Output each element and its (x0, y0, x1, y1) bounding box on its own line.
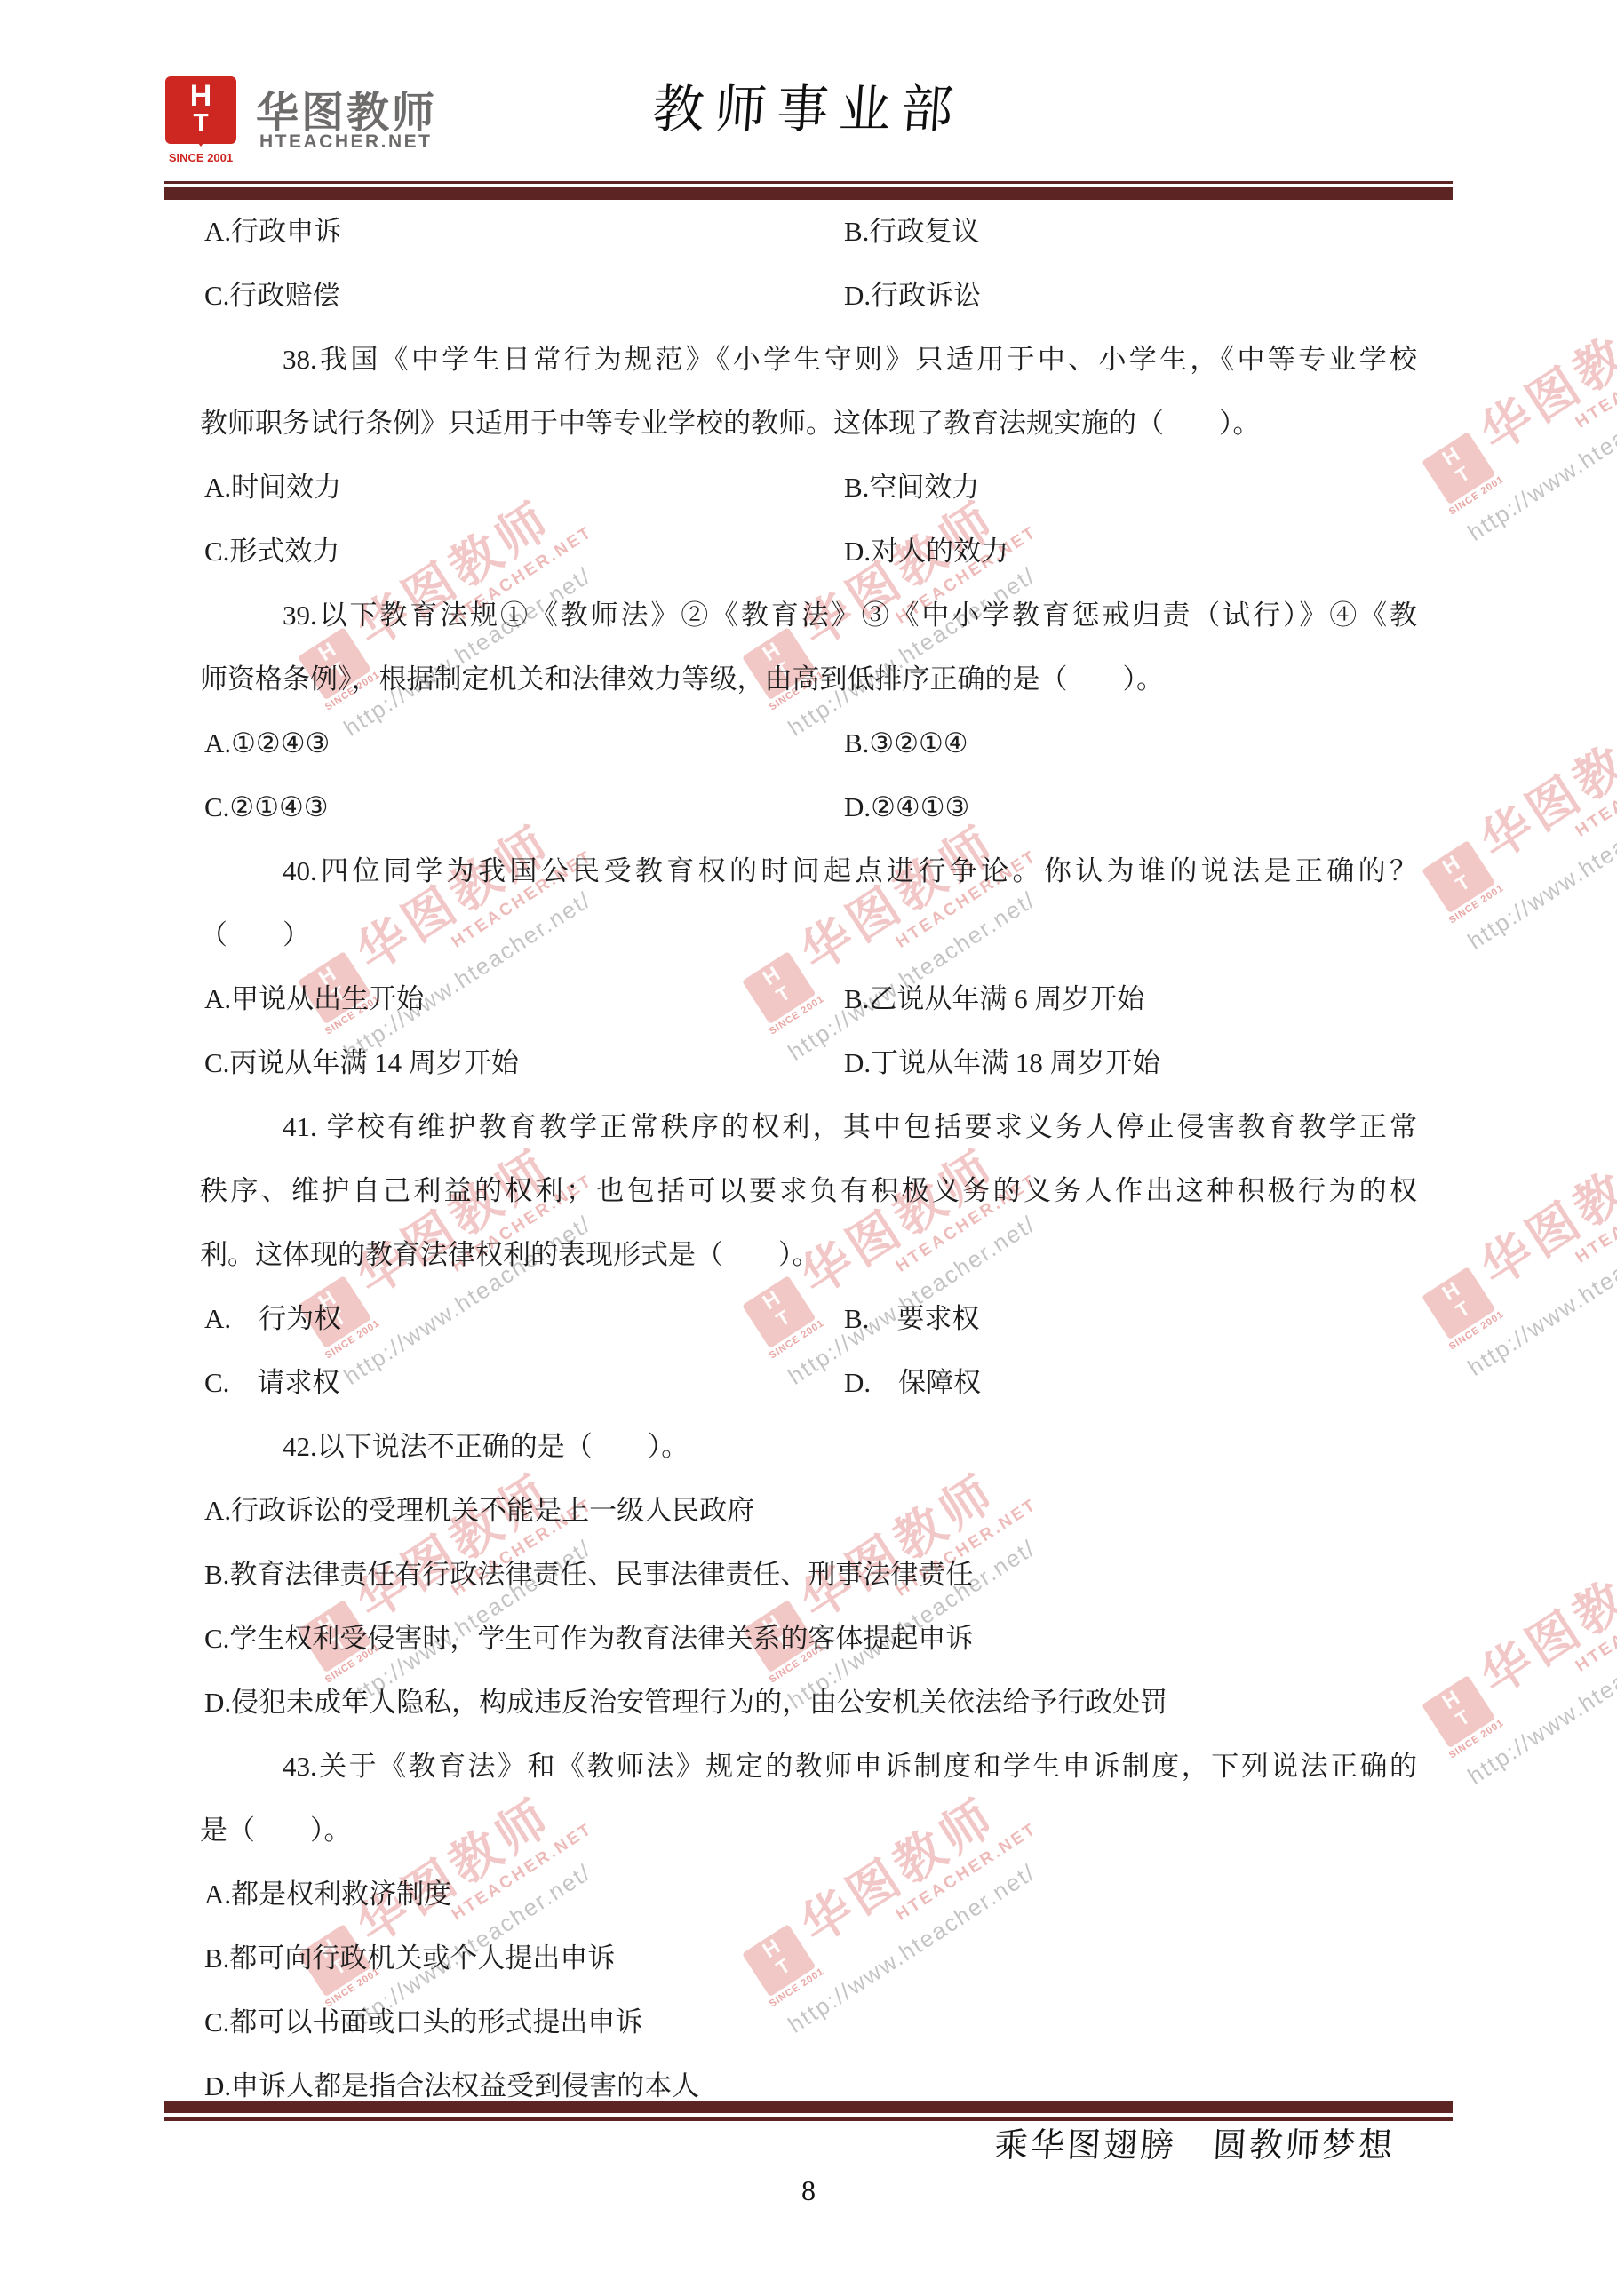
question-41-stem-line: 利。这体现的教育法律权利的表现形式是（ ）。 (200, 1223, 1417, 1287)
option-a: A.行政申诉 (204, 200, 341, 264)
options-row: C. 请求权 D. 保障权 (200, 1351, 1417, 1415)
option-a: A.①②④③ (204, 711, 330, 775)
option-c: C.形式效力 (204, 520, 339, 584)
options-row: C.形式效力 D.对人的效力 (200, 520, 1417, 584)
option-c: C.丙说从年满 14 周岁开始 (204, 1031, 519, 1095)
question-40-stem-line: 40.四位同学为我国公民受教育权的时间起点进行争论。你认为谁的说法是正确的？ (200, 839, 1417, 903)
option-b: B.空间效力 (844, 456, 979, 520)
option-b: B.行政复议 (844, 200, 979, 264)
question-40-stem-line: （ ） (200, 903, 1417, 967)
option-d: D.行政诉讼 (844, 264, 981, 328)
options-row: A.时间效力 B.空间效力 (200, 456, 1417, 520)
option-a: A.都是权利救济制度 (200, 1863, 1417, 1927)
header-rule-thin (164, 181, 1453, 184)
option-b: B.教育法律责任有行政法律责任、民事法律责任、刑事法律责任 (200, 1543, 1417, 1607)
option-b: B. 要求权 (844, 1287, 979, 1351)
option-d: D. 保障权 (844, 1351, 981, 1415)
question-42-stem-line: 42.以下说法不正确的是（ ）。 (200, 1415, 1417, 1479)
header-rule-thick (164, 187, 1453, 200)
options-row: C.丙说从年满 14 周岁开始 D.丁说从年满 18 周岁开始 (200, 1031, 1417, 1095)
option-a: A.时间效力 (204, 456, 341, 520)
question-41-stem-line: 41. 学校有维护教育教学正常秩序的权利，其中包括要求义务人停止侵害教育教学正常 (200, 1095, 1417, 1159)
question-39-stem-line: 师资格条例》，根据制定机关和法律效力等级，由高到低排序正确的是（ ）。 (200, 647, 1417, 711)
question-41-stem-line: 秩序、维护自己利益的权利；也包括可以要求负有积极义务的义务人作出这种积极行为的权 (200, 1159, 1417, 1223)
options-row: A.甲说从出生开始 B.乙说从年满 6 周岁开始 (200, 967, 1417, 1031)
option-d: D.②④①③ (844, 775, 969, 839)
option-c: C.②①④③ (204, 775, 329, 839)
logo-since: SINCE 2001 (162, 151, 240, 164)
options-row: C.②①④③ D.②④①③ (200, 775, 1417, 839)
document-page: H T SINCE 2001 华图教师 HTEACHER.NET http://… (0, 0, 1617, 2296)
questions-area: A.行政申诉 B.行政复议 C.行政赔偿 D.行政诉讼 38.我国《中学生日常行… (200, 200, 1417, 2118)
page-title: 教师事业部 (162, 68, 1455, 142)
option-b: B.乙说从年满 6 周岁开始 (844, 967, 1144, 1031)
question-38-stem-line: 38.我国《中学生日常行为规范》《小学生守则》只适用于中、小学生，《中等专业学校 (200, 328, 1417, 392)
options-row: A. 行为权 B. 要求权 (200, 1287, 1417, 1351)
option-b: B.③②①④ (844, 711, 968, 775)
options-row: C.行政赔偿 D.行政诉讼 (200, 264, 1417, 328)
option-a: A.甲说从出生开始 (204, 967, 424, 1031)
option-c: C.行政赔偿 (204, 264, 339, 328)
option-d: D.申诉人都是指合法权益受到侵害的本人 (200, 2054, 1417, 2118)
option-d: D.丁说从年满 18 周岁开始 (844, 1031, 1160, 1095)
option-c: C.学生权利受侵害时，学生可作为教育法律关系的客体提起申诉 (200, 1607, 1417, 1671)
options-row: A.①②④③ B.③②①④ (200, 711, 1417, 775)
question-43-stem-line: 43.关于《教育法》和《教师法》规定的教师申诉制度和学生申诉制度，下列说法正确的 (200, 1735, 1417, 1799)
question-39-stem-line: 39.以下教育法规①《教师法》②《教育法》③《中小学教育惩戒归责（试行）》④《教 (200, 584, 1417, 647)
option-c: C.都可以书面或口头的形式提出申诉 (200, 1990, 1417, 2054)
option-d: D.侵犯未成年人隐私，构成违反治安管理行为的，由公安机关依法给予行政处罚 (200, 1671, 1417, 1735)
options-row: A.行政申诉 B.行政复议 (200, 200, 1417, 264)
option-a: A. 行为权 (204, 1287, 341, 1351)
option-d: D.对人的效力 (844, 520, 1008, 584)
question-38-stem-line: 教师职务试行条例》只适用于中等专业学校的教师。这体现了教育法规实施的（ ）。 (200, 392, 1417, 456)
question-43-stem-line: 是（ ）。 (200, 1799, 1417, 1863)
option-a: A.行政诉讼的受理机关不能是上一级人民政府 (200, 1479, 1417, 1543)
option-b: B.都可向行政机关或个人提出申诉 (200, 1927, 1417, 1990)
option-c: C. 请求权 (204, 1351, 339, 1415)
